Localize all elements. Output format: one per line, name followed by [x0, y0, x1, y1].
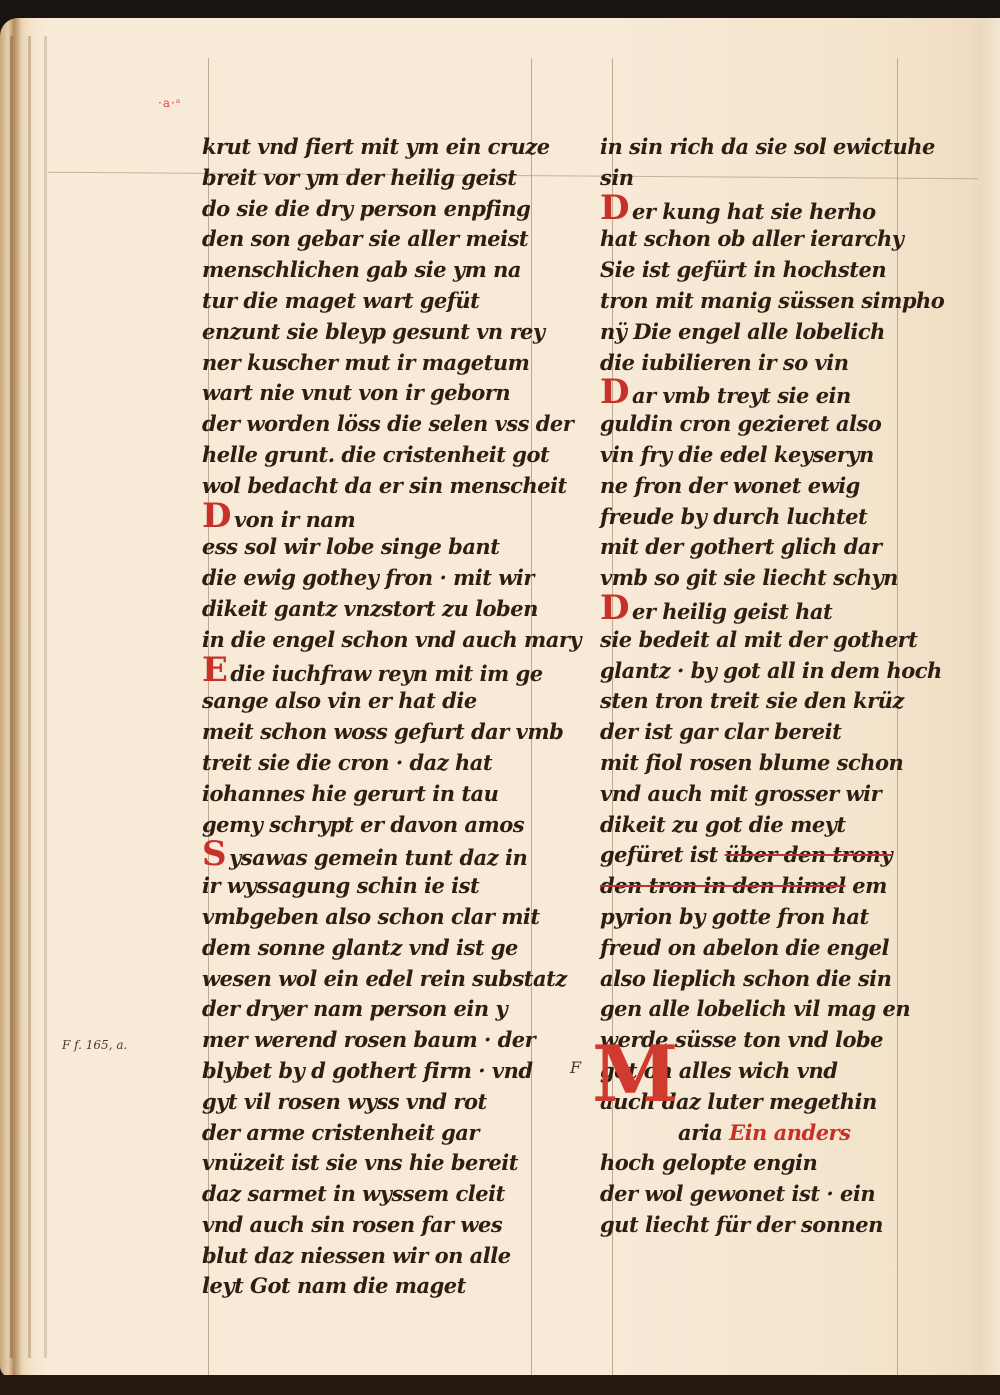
- text-line: also lieplich schon die sin: [600, 964, 940, 995]
- margin-note: F f. 165, a.: [62, 1038, 127, 1052]
- line-text: ne fron der wonet ewig: [600, 473, 860, 498]
- line-text: blut daz niessen wir on alle: [202, 1243, 511, 1268]
- line-text: ess sol wir lobe singe bant: [202, 534, 499, 559]
- text-line: daz sarmet in wyssem cleit: [202, 1179, 562, 1210]
- text-line: iohannes hie gerurt in tau: [202, 779, 562, 810]
- text-line: der arme cristenheit gar: [202, 1118, 562, 1149]
- text-line: blut daz niessen wir on alle: [202, 1241, 562, 1272]
- line-text: also lieplich schon die sin: [600, 966, 891, 991]
- line-text: vin fry die edel keyseryn: [600, 442, 874, 467]
- line-text: die iuchfraw reyn mit im ge: [230, 661, 542, 686]
- line-text: gemy schrypt er davon amos: [202, 812, 524, 837]
- line-text: dikeit zu got die meyt: [600, 812, 846, 837]
- line-text: Sie ist gefürt in hochsten: [600, 257, 886, 282]
- text-line: sie bedeit al mit der gothert: [600, 625, 940, 656]
- rubricated-initial: S: [202, 840, 226, 868]
- line-text: dikeit gantz vnzstort zu loben: [202, 596, 538, 621]
- text-line: der wol gewonet ist · ein: [600, 1179, 940, 1210]
- text-line: mit der gothert glich dar: [600, 532, 940, 563]
- line-text: von ir nam: [234, 507, 355, 532]
- text-line: Der heilig geist hat: [600, 594, 940, 625]
- line-text: den son gebar sie aller meist: [202, 226, 528, 251]
- line-text: enzunt sie bleyp gesunt vn rey: [202, 319, 545, 344]
- line-text: hoch gelopte engin: [600, 1150, 817, 1175]
- text-line: menschlichen gab sie ym na: [202, 255, 562, 286]
- text-line: pyrion by gotte fron hat: [600, 902, 940, 933]
- text-line: der dryer nam person ein y: [202, 994, 562, 1025]
- text-line: mer werend rosen baum · der: [202, 1025, 562, 1056]
- line-text: wesen wol ein edel rein substatz: [202, 966, 567, 991]
- line-text: vmb so git sie liecht schyn: [600, 565, 898, 590]
- rubricated-initial: E: [202, 656, 227, 684]
- line-text: menschlichen gab sie ym na: [202, 257, 521, 282]
- line-text: glantz · by got all in dem hoch: [600, 658, 942, 683]
- text-line: tur die maget wart gefüt: [202, 286, 562, 317]
- line-text: mit fiol rosen blume schon: [600, 750, 903, 775]
- line-text: der worden löss die selen vss der: [202, 411, 573, 436]
- line-text: vnd auch sin rosen far wes: [202, 1212, 502, 1237]
- line-text: iohannes hie gerurt in tau: [202, 781, 498, 806]
- text-line: krut vnd fiert mit ym ein cruze: [202, 132, 562, 163]
- text-line: dem sonne glantz vnd ist ge: [202, 933, 562, 964]
- line-text: leyt Got nam die maget: [202, 1273, 466, 1298]
- line-text: vnd auch mit grosser wir: [600, 781, 881, 806]
- line-text: dem sonne glantz vnd ist ge: [202, 935, 518, 960]
- text-line: vnd auch sin rosen far wes: [202, 1210, 562, 1241]
- text-line: vin fry die edel keyseryn: [600, 440, 940, 471]
- line-text: er heilig geist hat: [632, 599, 832, 624]
- text-line: helle grunt. die cristenheit got: [202, 440, 562, 471]
- line-text: vmbgeben also schon clar mit: [202, 904, 540, 929]
- text-line: aria Ein anders: [600, 1118, 940, 1149]
- text-line: vnd auch mit grosser wir: [600, 779, 940, 810]
- text-line: breit vor ym der heilig geist: [202, 163, 562, 194]
- text-line: Dvon ir nam: [202, 502, 562, 533]
- text-line: gefüret ist über den trony: [600, 840, 940, 871]
- text-line: vmb so git sie liecht schyn: [600, 563, 940, 594]
- text-line: leyt Got nam die maget: [202, 1271, 562, 1302]
- line-text: do sie die dry person enpfing: [202, 196, 530, 221]
- text-line: Edie iuchfraw reyn mit im ge: [202, 656, 562, 687]
- line-text: freude by durch luchtet: [600, 504, 867, 529]
- text-line: ess sol wir lobe singe bant: [202, 532, 562, 563]
- text-line: freude by durch luchtet: [600, 502, 940, 533]
- line-text: gyt vil rosen wyss vnd rot: [202, 1089, 487, 1114]
- line-text: tur die maget wart gefüt: [202, 288, 479, 313]
- line-text: sin: [600, 165, 634, 190]
- line-text: ner kuscher mut ir magetum: [202, 350, 529, 375]
- line-text: ar vmb treyt sie ein: [632, 383, 851, 408]
- text-line: hoch gelopte engin: [600, 1148, 940, 1179]
- text-line: treit sie die cron · daz hat: [202, 748, 562, 779]
- text-line: ne fron der wonet ewig: [600, 471, 940, 502]
- line-text: meit schon woss gefurt dar vmb: [202, 719, 563, 744]
- text-line: ner kuscher mut ir magetum: [202, 348, 562, 379]
- margin-mark: F: [570, 1058, 581, 1077]
- text-line: Der kung hat sie herho: [600, 194, 940, 225]
- rubricated-initial: D: [600, 378, 629, 406]
- text-line: gut liecht für der sonnen: [600, 1210, 940, 1241]
- line-text: treit sie die cron · daz hat: [202, 750, 492, 775]
- line-text: mer werend rosen baum · der: [202, 1027, 535, 1052]
- line-text: nÿ Die engel alle lobelich: [600, 319, 885, 344]
- page-stack-edge: [28, 36, 31, 1358]
- line-text: helle grunt. die cristenheit got: [202, 442, 549, 467]
- text-line: die ewig gothey fron · mit wir: [202, 563, 562, 594]
- book-edge-shadow: [0, 1375, 1000, 1395]
- line-text: in sin rich da sie sol ewictuhe: [600, 134, 935, 159]
- line-text: krut vnd fiert mit ym ein cruze: [202, 134, 550, 159]
- text-line: wart nie vnut von ir geborn: [202, 378, 562, 409]
- line-text: hat schon ob aller ierarchy: [600, 226, 903, 251]
- text-line: enzunt sie bleyp gesunt vn rey: [202, 317, 562, 348]
- text-line: den tron in den himel em: [600, 871, 940, 902]
- line-text: freud on abelon die engel: [600, 935, 889, 960]
- text-line: der worden löss die selen vss der: [202, 409, 562, 440]
- struck-text: über den trony: [725, 842, 893, 867]
- line-text: gen alle lobelich vil mag en: [600, 996, 910, 1021]
- line-text: der ist gar clar bereit: [600, 719, 841, 744]
- text-line: hat schon ob aller ierarchy: [600, 224, 940, 255]
- line-text: tron mit manig süssen simpho: [600, 288, 944, 313]
- text-line: meit schon woss gefurt dar vmb: [202, 717, 562, 748]
- line-text: der arme cristenheit gar: [202, 1120, 479, 1145]
- line-text: in die engel schon vnd auch mary: [202, 627, 581, 652]
- text-line: die iubilieren ir so vin: [600, 348, 940, 379]
- text-line: sange also vin er hat die: [202, 686, 562, 717]
- text-line: in sin rich da sie sol ewictuhe: [600, 132, 940, 163]
- line-text: aria: [678, 1120, 729, 1145]
- line-text: vnüzeit ist sie vns hie bereit: [202, 1150, 518, 1175]
- line-text: gut liecht für der sonnen: [600, 1212, 883, 1237]
- line-text: die ewig gothey fron · mit wir: [202, 565, 534, 590]
- text-line: gen alle lobelich vil mag en: [600, 994, 940, 1025]
- text-line: mit fiol rosen blume schon: [600, 748, 940, 779]
- decorated-initial-m: M: [592, 1040, 678, 1110]
- text-line: tron mit manig süssen simpho: [600, 286, 940, 317]
- text-line: ir wyssagung schin ie ist: [202, 871, 562, 902]
- line-text: mit der gothert glich dar: [600, 534, 882, 559]
- text-line: in die engel schon vnd auch mary: [202, 625, 562, 656]
- text-line: Sysawas gemein tunt daz in: [202, 840, 562, 871]
- page-stack-edge: [44, 36, 47, 1358]
- line-text: ir wyssagung schin ie ist: [202, 873, 479, 898]
- text-line: dikeit gantz vnzstort zu loben: [202, 594, 562, 625]
- rubricated-initial: D: [202, 502, 231, 530]
- text-line: vnüzeit ist sie vns hie bereit: [202, 1148, 562, 1179]
- line-text: wart nie vnut von ir geborn: [202, 380, 510, 405]
- line-text: sange also vin er hat die: [202, 688, 477, 713]
- line-text: pyrion by gotte fron hat: [600, 904, 869, 929]
- page-stack-edge: [10, 36, 13, 1358]
- line-text: wol bedacht da er sin menscheit: [202, 473, 567, 498]
- rubric-text: Ein anders: [729, 1120, 850, 1145]
- line-text: breit vor ym der heilig geist: [202, 165, 516, 190]
- left-text-column: krut vnd fiert mit ym ein cruzebreit vor…: [202, 132, 562, 1302]
- rubricated-initial: D: [600, 194, 629, 222]
- text-line: sten tron treit sie den krüz: [600, 686, 940, 717]
- line-text: der dryer nam person ein y: [202, 996, 507, 1021]
- text-line: gyt vil rosen wyss vnd rot: [202, 1087, 562, 1118]
- line-text: ysawas gemein tunt daz in: [229, 845, 527, 870]
- text-line: den son gebar sie aller meist: [202, 224, 562, 255]
- text-line: blybet by d gothert firm · vnd: [202, 1056, 562, 1087]
- text-line: glantz · by got all in dem hoch: [600, 656, 940, 687]
- text-line: Dar vmb treyt sie ein: [600, 378, 940, 409]
- struck-text: den tron in den himel: [600, 873, 845, 898]
- line-text: blybet by d gothert firm · vnd: [202, 1058, 533, 1083]
- page-right-edge: [980, 18, 1000, 1378]
- text-line: der ist gar clar bereit: [600, 717, 940, 748]
- line-text: daz sarmet in wyssem cleit: [202, 1181, 505, 1206]
- text-line: sin: [600, 163, 940, 194]
- text-line: wol bedacht da er sin menscheit: [202, 471, 562, 502]
- text-line: gemy schrypt er davon amos: [202, 810, 562, 841]
- text-line: do sie die dry person enpfing: [202, 194, 562, 225]
- text-line: vmbgeben also schon clar mit: [202, 902, 562, 933]
- text-line: guldin cron gezieret also: [600, 409, 940, 440]
- text-line: Sie ist gefürt in hochsten: [600, 255, 940, 286]
- line-text: gefüret ist: [600, 842, 725, 867]
- line-text: sie bedeit al mit der gothert: [600, 627, 917, 652]
- line-text: sten tron treit sie den krüz: [600, 688, 904, 713]
- line-text: er kung hat sie herho: [632, 199, 876, 224]
- text-line: wesen wol ein edel rein substatz: [202, 964, 562, 995]
- line-text: der wol gewonet ist · ein: [600, 1181, 875, 1206]
- folio-mark: ·a·ᵃ: [158, 96, 181, 110]
- rubricated-initial: D: [600, 594, 629, 622]
- line-text: guldin cron gezieret also: [600, 411, 881, 436]
- text-line: freud on abelon die engel: [600, 933, 940, 964]
- text-line: nÿ Die engel alle lobelich: [600, 317, 940, 348]
- line-text: die iubilieren ir so vin: [600, 350, 849, 375]
- text-line: dikeit zu got die meyt: [600, 810, 940, 841]
